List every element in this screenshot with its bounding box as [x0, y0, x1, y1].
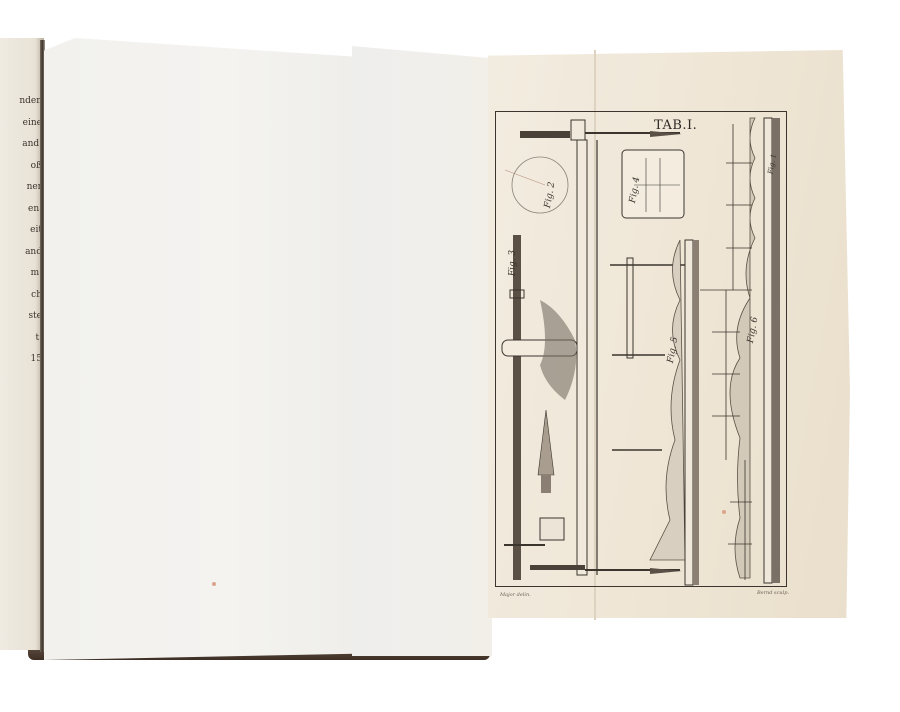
engraver-signature-left: Major delin.	[500, 592, 531, 598]
engraving-drawing	[0, 0, 900, 712]
figure-label: Fig. 3	[508, 250, 518, 276]
book-photo: nden eine and. oß ner en. eit and m. ch …	[0, 0, 900, 712]
engraver-signature-right: Bernd sculp.	[757, 590, 789, 596]
